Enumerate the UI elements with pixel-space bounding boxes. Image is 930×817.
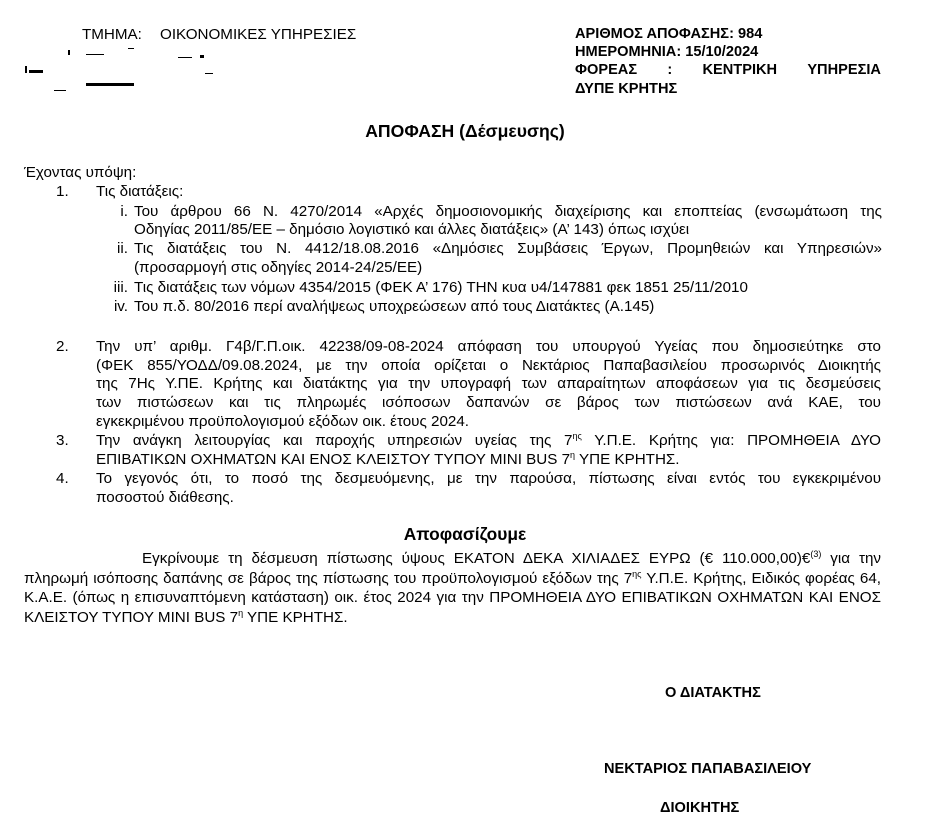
subitem-text-line: Οδηγίας 2011/85/ΕΕ – δημόσιο λογιστικό κ… bbox=[134, 221, 689, 238]
subitem-text-line: Του άρθρου 66 Ν. 4270/2014 «Αρχές δημοσι… bbox=[134, 203, 882, 220]
subitem-number: iii. bbox=[98, 279, 128, 296]
item-text-line: των πιστώσεων και τις πληρωμές ισόποσων … bbox=[96, 394, 881, 411]
item-text-line: ΕΠΙΒΑΤΙΚΩΝ ΟΧΗΜΑΤΩΝ ΚΑΙ ΕΝΟΣ ΚΛΕΙΣΤΟΥ ΤΥ… bbox=[96, 451, 680, 468]
signatory-name: ΝΕΚΤΑΡΙΟΣ ΠΑΠΑΒΑΣΙΛΕΙΟΥ bbox=[604, 761, 811, 777]
subitem-text-line: Τις διατάξεις του Ν. 4412/18.08.2016 «Δη… bbox=[134, 240, 882, 257]
item-text-line: Την υπ’ αριθμ. Γ4β/Γ.Π.οικ. 42238/09-08-… bbox=[96, 338, 881, 355]
department: ΤΜΗΜΑ:ΟΙΚΟΝΟΜΙΚΕΣ ΥΠΗΡΕΣΙΕΣ bbox=[82, 26, 356, 43]
subitem-text-line: Τις διατάξεις των νόμων 4354/2015 (ΦΕΚ Α… bbox=[134, 279, 748, 296]
issuing-body-value-1: ΚΕΝΤΡΙΚΗ bbox=[702, 62, 777, 78]
subitem-number: i. bbox=[98, 203, 128, 220]
item-number: 2. bbox=[56, 338, 69, 355]
issuing-body-colon: : bbox=[667, 62, 672, 78]
item-text-line: Το γεγονός ότι, το ποσό της δεσμευόμενης… bbox=[96, 470, 881, 487]
subitem-number: ii. bbox=[98, 240, 128, 257]
document-title: ΑΠΟΦΑΣΗ (Δέσμευσης) bbox=[0, 121, 930, 142]
issuing-body-label: ΦΟΡΕΑΣ bbox=[575, 62, 637, 78]
decision-date: ΗΜΕΡΟΜΗΝΙΑ: 15/10/2024 bbox=[575, 44, 758, 60]
signatory-role: Ο ΔΙΑΤΑΚΤΗΣ bbox=[665, 685, 761, 701]
signatory-title: ΔΙΟΙΚΗΤΗΣ bbox=[660, 800, 739, 816]
item-text: Τις διατάξεις: bbox=[96, 183, 183, 200]
item-number: 3. bbox=[56, 432, 69, 449]
subitem-number: iv. bbox=[98, 298, 128, 315]
decision-number: ΑΡΙΘΜΟΣ ΑΠΟΦΑΣΗΣ: 984 bbox=[575, 26, 762, 42]
item-text-line: της 7Ης Υ.ΠΕ. Κρήτης και διατάκτης για τ… bbox=[96, 375, 881, 392]
subitem-text-line: (προσαρμογή στις οδηγίες 2014-24/25/ΕΕ) bbox=[134, 259, 422, 276]
decision-paragraph: Εγκρίνουμε τη δέσμευση πίστωσης ύψους ΕΚ… bbox=[24, 549, 881, 627]
item-text-line: Την ανάγκη λειτουργίας και παροχής υπηρε… bbox=[96, 432, 881, 449]
department-value: ΟΙΚΟΝΟΜΙΚΕΣ ΥΠΗΡΕΣΙΕΣ bbox=[160, 26, 356, 43]
item-number: 1. bbox=[56, 183, 69, 200]
item-text-line: ποσοστού διάθεσης. bbox=[96, 489, 234, 506]
issuing-body: ΦΟΡΕΑΣ : ΚΕΝΤΡΙΚΗ ΥΠΗΡΕΣΙΑ bbox=[575, 62, 881, 78]
subitem-text-line: Του π.δ. 80/2016 περί αναλήψεως υποχρεώσ… bbox=[134, 298, 654, 315]
issuing-body-value-2: ΥΠΗΡΕΣΙΑ bbox=[807, 62, 881, 78]
issuing-body-region: ΔΥΠΕ ΚΡΗΤΗΣ bbox=[575, 81, 677, 97]
decision-heading: Αποφασίζουμε bbox=[0, 524, 930, 545]
item-text-line: εγκεκριμένου προϋπολογισμού εξόδων οικ. … bbox=[96, 413, 469, 430]
item-text-line: (ΦΕΚ 855/ΥΟΔΔ/09.08.2024, με την οποία ο… bbox=[96, 357, 881, 374]
department-label: ΤΜΗΜΑ: bbox=[82, 26, 160, 43]
item-number: 4. bbox=[56, 470, 69, 487]
considering-label: Έχοντας υπόψη: bbox=[24, 164, 136, 181]
